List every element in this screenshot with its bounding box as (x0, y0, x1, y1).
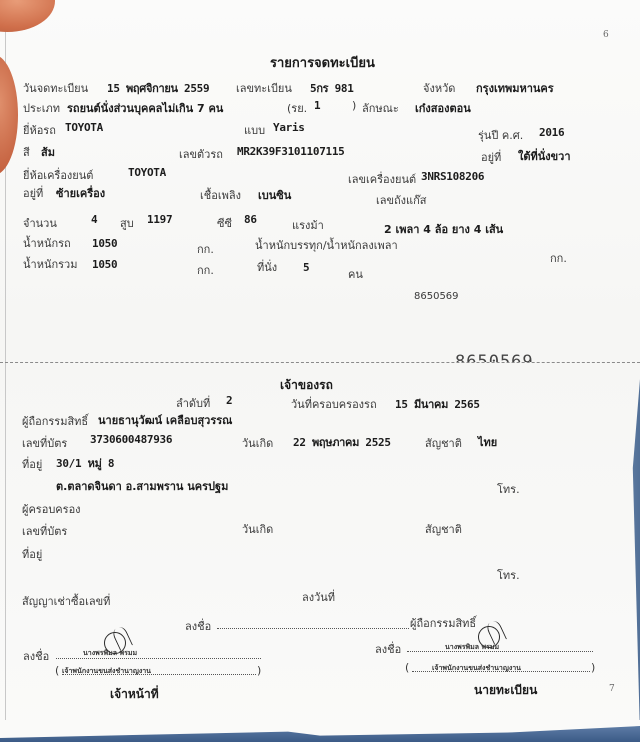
possessor-id-label: เลขที่บัตร (22, 522, 67, 540)
model-year-label: รุ่นปี ค.ศ. (478, 126, 523, 144)
color: ส้ม (41, 143, 55, 161)
fuel-label: เชื้อเพลิง (200, 186, 241, 204)
address-label: ที่อยู่ (22, 455, 42, 473)
holder-sign-role: ผู้ถือกรรมสิทธิ์ (410, 614, 476, 632)
vehicle-weight: 1050 (92, 237, 117, 250)
registration-date: 15 พฤศจิกายน 2559 (107, 79, 209, 97)
officer-close-paren: ) (257, 664, 261, 677)
registrar-sign-line (407, 641, 593, 652)
model: Yaris (273, 121, 305, 134)
officer-title: เจ้าพนักงานขนส่งชำนาญงาน (62, 666, 151, 677)
registrar-open-paren: ( (405, 661, 409, 674)
chassis-location: ใต้ที่นั่งขวา (518, 147, 571, 165)
id-label: เลขที่บัตร (22, 434, 67, 452)
engine-number: 3NRS108206 (421, 170, 484, 183)
registrar-title: เจ้าพนักงานขนส่งชำนาญงาน (432, 663, 521, 674)
cylinders-label: จำนวน (23, 214, 57, 232)
holder-label: ผู้ถือกรรมสิทธิ์ (22, 412, 88, 430)
phone-label: โทร. (497, 480, 520, 498)
chassis-label: เลขตัวรถ (179, 145, 223, 163)
lease-label: สัญญาเช่าซื้อเลขที่ (22, 592, 110, 610)
axles-wheels: 2 เพลา 4 ล้อ ยาง 4 เส้น (384, 220, 503, 238)
nationality-label: สัญชาติ (425, 434, 462, 452)
page-number-top: 6 (603, 30, 609, 40)
engine-no-label: เลขเครื่องยนต์ (348, 170, 416, 188)
total-weight-label: น้ำหนักรวม (23, 255, 77, 273)
model-label: แบบ (244, 121, 265, 139)
possessor-label: ผู้ครอบครอง (22, 500, 81, 518)
vehicle-weight-label: น้ำหนักรถ (23, 234, 71, 252)
load-weight-unit: กก. (550, 249, 567, 267)
type-label: ประเภท (23, 99, 60, 117)
possession-date: 15 มีนาคม 2565 (395, 395, 480, 413)
load-weight-label: น้ำหนักบรรทุก/น้ำหนักลงเพลา (255, 236, 398, 254)
lease-date-label: ลงวันที่ (302, 588, 335, 606)
type-code-close: ) (352, 99, 356, 112)
officer-role: เจ้าหน้าที่ (110, 685, 159, 704)
type-code-label: (รย. (287, 99, 307, 117)
engine-brand: TOYOTA (128, 166, 166, 179)
registrar-sign-label: ลงชื่อ (375, 640, 401, 658)
possessor-dob-label: วันเกิด (242, 520, 273, 538)
possession-date-label: วันที่ครอบครองรถ (291, 395, 377, 413)
holder-name: นายธานุวัฒน์ เคลือบสุวรรณ (98, 411, 232, 429)
date-of-birth: 22 พฤษภาคม 2525 (293, 433, 391, 451)
address-line-1: 30/1 หมู่ 8 (56, 454, 114, 472)
engine-brand-label: ยี่ห้อเครื่องยนต์ (23, 166, 93, 184)
chassis-number: MR2K39F3101107115 (237, 145, 344, 158)
possessor-phone-label: โทร. (497, 566, 520, 584)
perforation-line (0, 362, 640, 363)
document-number: 8650569 (414, 291, 459, 302)
model-year: 2016 (539, 126, 564, 139)
cylinders: 4 (91, 213, 97, 226)
total-weight: 1050 (92, 258, 117, 271)
chassis-location-label: อยู่ที่ (481, 148, 501, 166)
order-label: ลำดับที่ (176, 394, 210, 412)
gas-tank-label: เลขถังแก๊ส (376, 191, 427, 209)
registrar-name: นางพรพิมล พรมม (445, 642, 499, 653)
officer-name: นางพรพิมล พรมม (83, 648, 137, 659)
color-label: สี (23, 143, 30, 161)
horsepower: 86 (244, 213, 257, 226)
registrar-role: นายทะเบียน (474, 681, 537, 700)
holder-sign-line (217, 618, 409, 629)
engine-location: ซ้ายเครื่อง (56, 184, 105, 202)
brand-label: ยี่ห้อรถ (23, 121, 56, 139)
style-label: ลักษณะ (362, 99, 399, 117)
fuel: เบนซิน (258, 186, 291, 204)
order-number: 2 (226, 394, 232, 407)
possessor-nationality-label: สัญชาติ (425, 520, 462, 538)
plate-number: 5กร 981 (310, 79, 354, 97)
id-number: 3730600487936 (90, 433, 172, 446)
officer-open-paren: ( (55, 664, 59, 677)
horsepower-label: แรงม้า (292, 216, 324, 234)
dob-label: วันเกิด (242, 434, 273, 452)
registration-title: รายการจดทะเบียน (270, 52, 375, 73)
registrar-close-paren: ) (591, 661, 595, 674)
owner-title: เจ้าของรถ (280, 376, 333, 395)
address-line-2: ต.ตลาดจินดา อ.สามพราน นครปฐม (56, 477, 228, 495)
vehicle-style: เก๋งสองตอน (415, 99, 471, 117)
cylinders-unit: สูบ (120, 214, 134, 232)
nationality: ไทย (478, 433, 497, 451)
perforation-number: 8650569 (455, 352, 534, 362)
page-number-bottom: 7 (609, 684, 615, 694)
seats-unit: คน (348, 265, 363, 283)
vehicle-weight-unit: กก. (197, 240, 214, 258)
seats: 5 (303, 261, 309, 274)
cc-label: ซีซี (217, 214, 232, 232)
engine-location-label: อยู่ที่ (23, 184, 43, 202)
officer-sign-label: ลงชื่อ (23, 647, 49, 665)
seats-label: ที่นั่ง (257, 258, 277, 276)
plate-label: เลขทะเบียน (236, 79, 292, 97)
holder-sign-label: ลงชื่อ (185, 617, 211, 635)
cc: 1197 (147, 213, 172, 226)
total-weight-unit: กก. (197, 261, 214, 279)
vehicle-type: รถยนต์นั่งส่วนบุคคลไม่เกิน 7 คน (67, 99, 223, 117)
possessor-address-label: ที่อยู่ (22, 545, 42, 563)
registration-date-label: วันจดทะเบียน (23, 79, 88, 97)
brand: TOYOTA (65, 121, 103, 134)
province-label: จังหวัด (423, 79, 455, 97)
province: กรุงเทพมหานคร (476, 79, 554, 97)
type-code: 1 (314, 99, 320, 112)
